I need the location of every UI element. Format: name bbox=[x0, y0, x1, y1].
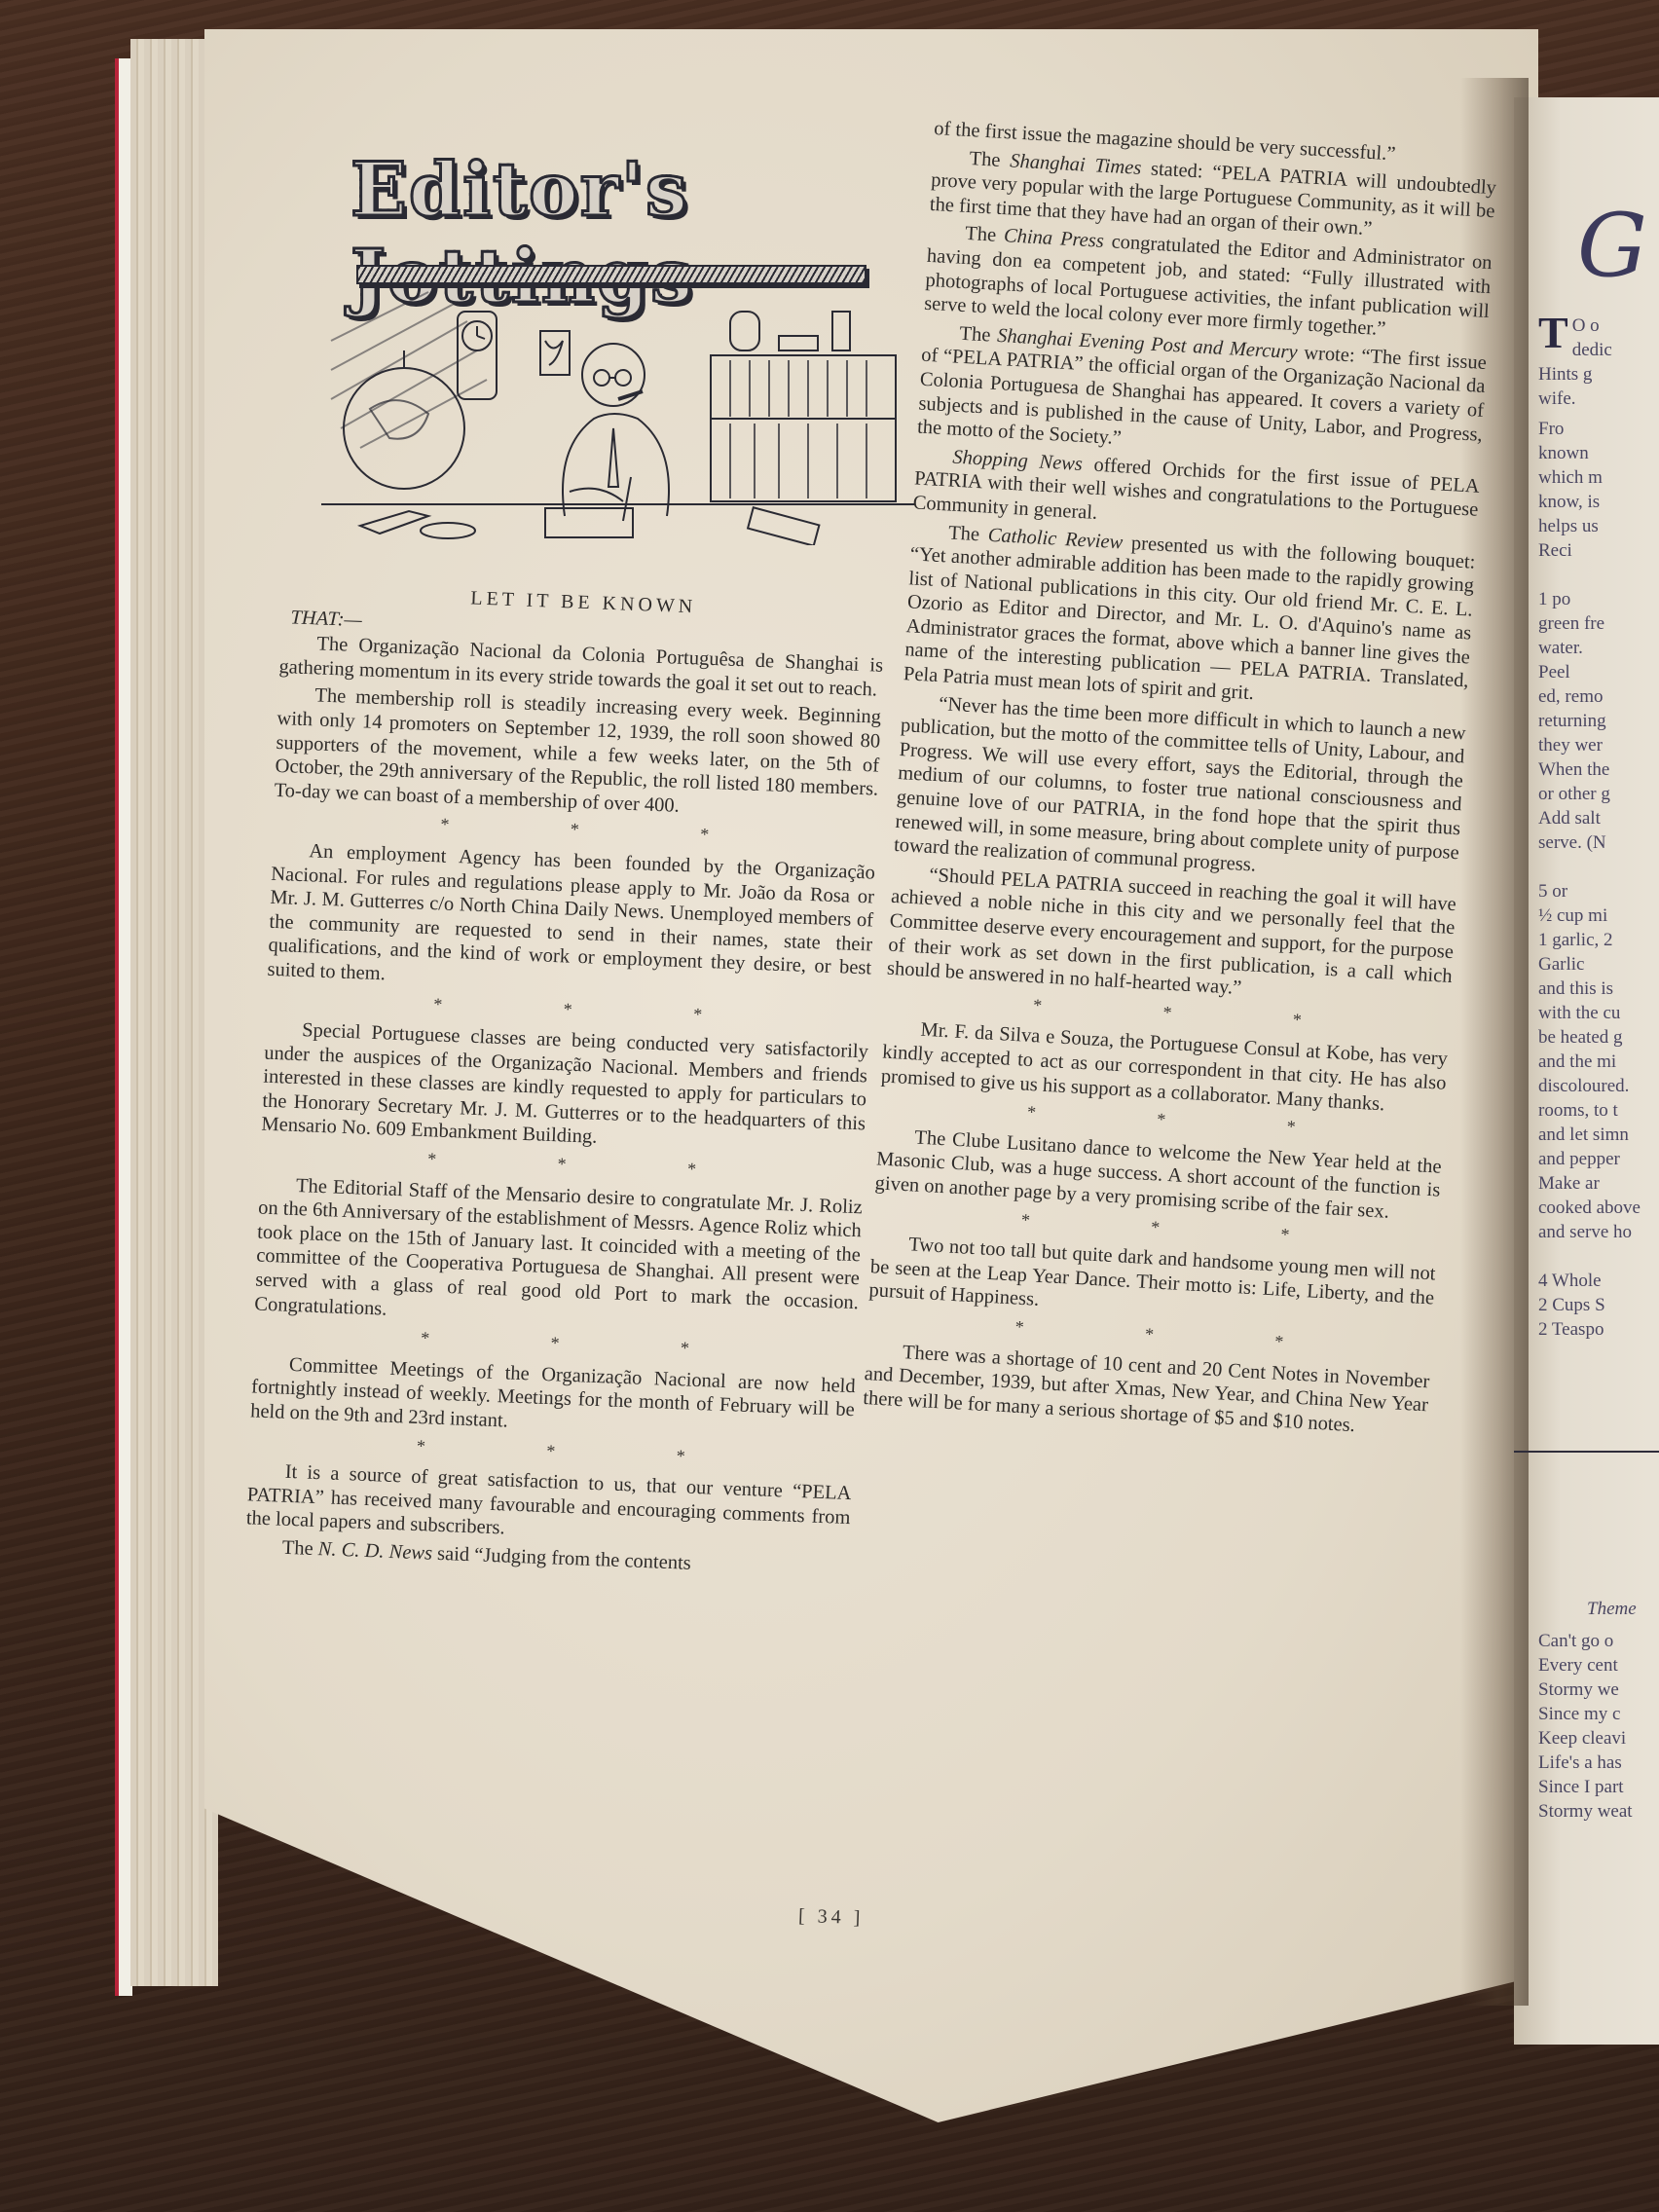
line: Hints g bbox=[1538, 362, 1659, 387]
facing-page-line: 4 Whole bbox=[1538, 1269, 1659, 1293]
text: The bbox=[959, 323, 998, 347]
facing-page-line: Garlic bbox=[1538, 952, 1659, 977]
facing-page-line: 5 or bbox=[1538, 879, 1659, 903]
text: The bbox=[281, 1537, 318, 1560]
text: The bbox=[948, 522, 989, 545]
line: wife. bbox=[1538, 387, 1659, 411]
publication-name: N. C. D. News bbox=[317, 1538, 432, 1564]
facing-page-line: and serve ho bbox=[1538, 1220, 1659, 1244]
editor-cartoon-illustration bbox=[321, 282, 915, 545]
facing-page-rule bbox=[1514, 1451, 1659, 1453]
facing-page-line: 2 Cups S bbox=[1538, 1293, 1659, 1317]
paragraph: “Never has the time been more difficult … bbox=[893, 690, 1466, 889]
poem-lines: Can't go oEvery centStormy weSince my cK… bbox=[1538, 1629, 1659, 1824]
facing-page-line: they wer bbox=[1538, 733, 1659, 757]
poem-line: Stormy we bbox=[1538, 1677, 1659, 1702]
facing-page-line: Make ar bbox=[1538, 1171, 1659, 1196]
facing-page-line: 1 po bbox=[1538, 587, 1659, 611]
text: presented us with the following bouquet:… bbox=[903, 532, 1476, 704]
facing-page-line: Fro bbox=[1538, 417, 1659, 441]
facing-page-line: which m bbox=[1538, 465, 1659, 490]
facing-page-line: rooms, to t bbox=[1538, 1098, 1659, 1123]
editor-head bbox=[582, 344, 645, 406]
facing-page-line: green fre bbox=[1538, 611, 1659, 636]
facing-page-line bbox=[1538, 1244, 1659, 1269]
facing-page-line: and pepper bbox=[1538, 1147, 1659, 1171]
paragraph: Special Portuguese classes are being con… bbox=[261, 1017, 868, 1161]
paragraph-catholic-review: The Catholic Review presented us with th… bbox=[903, 519, 1476, 718]
facing-page-line: 1 garlic, 2 bbox=[1538, 928, 1659, 952]
left-text-column: LET IT BE KNOWN THAT:— The Organização N… bbox=[244, 579, 885, 1586]
poem-line: Stormy weat bbox=[1538, 1799, 1659, 1824]
facing-page-line: be heated g bbox=[1538, 1025, 1659, 1050]
facing-page-line: and the mi bbox=[1538, 1050, 1659, 1074]
facing-page-line: with the cu bbox=[1538, 1001, 1659, 1025]
facing-page-line bbox=[1538, 563, 1659, 587]
poem-title: Theme bbox=[1587, 1597, 1659, 1621]
right-text-column: of the first issue the magazine should b… bbox=[863, 117, 1499, 1446]
facing-page-line: discoloured. bbox=[1538, 1074, 1659, 1098]
text: said “Judging from the contents bbox=[432, 1543, 692, 1574]
facing-page-line: or other g bbox=[1538, 782, 1659, 806]
facing-page-poem: Theme Can't go oEvery centStormy weSince… bbox=[1538, 1597, 1659, 1824]
picture-frame-icon bbox=[540, 331, 570, 375]
facing-page-line: know, is bbox=[1538, 490, 1659, 514]
facing-page-intro: T O o dedic Hints g wife. bbox=[1538, 313, 1659, 411]
globe-icon bbox=[344, 368, 464, 489]
poem-line: Since my c bbox=[1538, 1702, 1659, 1726]
page-number: [ 34 ] bbox=[798, 1905, 865, 1930]
paragraph: An employment Agency has been founded by… bbox=[267, 838, 875, 1005]
facing-page-line: water. bbox=[1538, 636, 1659, 660]
facing-page-line: helps us bbox=[1538, 514, 1659, 538]
facing-page-heading: G bbox=[1577, 195, 1647, 297]
poem-line: Keep cleavi bbox=[1538, 1726, 1659, 1751]
drop-cap: T bbox=[1538, 313, 1568, 352]
facing-page-line: serve. (N bbox=[1538, 830, 1659, 855]
cigar-icon bbox=[618, 391, 643, 399]
facing-page-line: ½ cup mi bbox=[1538, 903, 1659, 928]
poem-line: Every cent bbox=[1538, 1653, 1659, 1677]
title-underline-bar bbox=[356, 265, 866, 284]
facing-page-line bbox=[1538, 855, 1659, 879]
paragraph: The membership roll is steadily increasi… bbox=[274, 682, 881, 826]
facing-page-line: 2 Teaspo bbox=[1538, 1317, 1659, 1342]
bookshelf-icon bbox=[711, 355, 896, 501]
facing-page-line: and this is bbox=[1538, 977, 1659, 1001]
facing-page-line: and let simn bbox=[1538, 1123, 1659, 1147]
publication-name: China Press bbox=[1003, 226, 1104, 253]
facing-page-line: cooked above bbox=[1538, 1196, 1659, 1220]
text: The bbox=[969, 148, 1011, 171]
facing-page-line: When the bbox=[1538, 757, 1659, 782]
facing-page-line: Peel bbox=[1538, 660, 1659, 684]
vase-icon bbox=[730, 312, 759, 350]
facing-page-line: Add salt bbox=[1538, 806, 1659, 830]
ashtray-icon bbox=[421, 523, 475, 538]
paragraph: The Editorial Staff of the Mensario desi… bbox=[254, 1172, 863, 1339]
facing-page-body: Froknownwhich mknow, ishelps usReci 1 po… bbox=[1538, 417, 1659, 1342]
poem-line: Since I part bbox=[1538, 1775, 1659, 1799]
poem-line: Can't go o bbox=[1538, 1629, 1659, 1653]
facing-page-line: Reci bbox=[1538, 538, 1659, 563]
text: The bbox=[965, 223, 1005, 246]
page-title: Editor's Jottings bbox=[350, 146, 915, 273]
facing-page-line: ed, remo bbox=[1538, 684, 1659, 709]
poem-line: Life's a has bbox=[1538, 1751, 1659, 1775]
facing-page-line: known bbox=[1538, 441, 1659, 465]
facing-page-line: returning bbox=[1538, 709, 1659, 733]
